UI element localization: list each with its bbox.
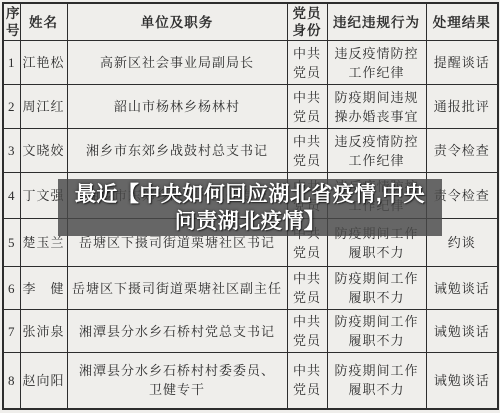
cell-unit: 韶山市杨林乡杨林村 <box>67 85 287 129</box>
cell-serial: 5 <box>3 219 20 267</box>
cell-serial: 8 <box>3 353 20 409</box>
cell-unit: 湘潭县分水乡石桥村党总支书记 <box>67 310 287 353</box>
header-party: 党员 身份 <box>287 3 327 41</box>
cell-name: 周江红 <box>20 85 67 129</box>
cell-name: 江艳松 <box>20 41 67 85</box>
cell-violation: 违反疫情防控 工作纪律 <box>327 41 426 85</box>
cell-result: 通报批评 <box>426 85 498 129</box>
cell-result: 责令检查 <box>426 129 498 173</box>
watermark-text: 最近【中央如何回应湖北省疫情,中央 问责湖北疫情】 <box>75 181 425 235</box>
cell-serial: 2 <box>3 85 20 129</box>
table-header-row: 序 号 姓名 单位及职务 党员 身份 违纪违规行为 处理结果 <box>3 3 498 41</box>
cell-serial: 3 <box>3 129 20 173</box>
table-row: 8 赵向阳 湘潭县分水乡石桥村村委委员、 卫健专干 中共 党员 防疫期间工作 履… <box>3 353 498 409</box>
header-serial: 序 号 <box>3 3 20 41</box>
cell-serial: 7 <box>3 310 20 353</box>
cell-violation: 违反疫情防控 工作纪律 <box>327 129 426 173</box>
cell-result: 提醒谈话 <box>426 41 498 85</box>
cell-violation: 防疫期间工作 履职不力 <box>327 353 426 409</box>
cell-party: 中共 党员 <box>287 85 327 129</box>
table-row: 2 周江红 韶山市杨林乡杨林村 中共 党员 防疫期间违规 操办婚丧事宜 通报批评 <box>3 85 498 129</box>
watermark-overlay: 最近【中央如何回应湖北省疫情,中央 问责湖北疫情】 <box>58 179 442 236</box>
table-row: 7 张沛泉 湘潭县分水乡石桥村党总支书记 中共 党员 防疫期间工作 履职不力 诫… <box>3 310 498 353</box>
cell-name: 文晓姣 <box>20 129 67 173</box>
scanned-document-page: 序 号 姓名 单位及职务 党员 身份 违纪违规行为 处理结果 1 江艳松 高新区… <box>0 0 500 413</box>
cell-violation: 防疫期间工作 履职不力 <box>327 267 426 310</box>
cell-name: 李 健 <box>20 267 67 310</box>
cell-party: 中共 党员 <box>287 41 327 85</box>
table-row: 6 李 健 岳塘区下摄司街道栗塘社区副主任 中共 党员 防疫期间工作 履职不力 … <box>3 267 498 310</box>
cell-name: 赵向阳 <box>20 353 67 409</box>
cell-serial: 1 <box>3 41 20 85</box>
cell-name: 张沛泉 <box>20 310 67 353</box>
cell-violation: 防疫期间工作 履职不力 <box>327 310 426 353</box>
cell-party: 中共 党员 <box>287 267 327 310</box>
cell-result: 诫勉谈话 <box>426 353 498 409</box>
table-row: 1 江艳松 高新区社会事业局副局长 中共 党员 违反疫情防控 工作纪律 提醒谈话 <box>3 41 498 85</box>
table-row: 3 文晓姣 湘乡市东郊乡战鼓村总支书记 中共 党员 违反疫情防控 工作纪律 责令… <box>3 129 498 173</box>
cell-unit: 湘乡市东郊乡战鼓村总支书记 <box>67 129 287 173</box>
cell-serial: 6 <box>3 267 20 310</box>
header-violation: 违纪违规行为 <box>327 3 426 41</box>
cell-unit: 湘潭县分水乡石桥村村委委员、 卫健专干 <box>67 353 287 409</box>
cell-party: 中共 党员 <box>287 353 327 409</box>
cell-unit: 岳塘区下摄司街道栗塘社区副主任 <box>67 267 287 310</box>
cell-party: 中共 党员 <box>287 129 327 173</box>
cell-violation: 防疫期间违规 操办婚丧事宜 <box>327 85 426 129</box>
cell-result: 诫勉谈话 <box>426 310 498 353</box>
cell-party: 中共 党员 <box>287 310 327 353</box>
header-unit: 单位及职务 <box>67 3 287 41</box>
cell-result: 诫勉谈话 <box>426 267 498 310</box>
cell-unit: 高新区社会事业局副局长 <box>67 41 287 85</box>
table-header: 序 号 姓名 单位及职务 党员 身份 违纪违规行为 处理结果 <box>3 3 498 41</box>
header-result: 处理结果 <box>426 3 498 41</box>
cell-serial: 4 <box>3 173 20 219</box>
header-name: 姓名 <box>20 3 67 41</box>
